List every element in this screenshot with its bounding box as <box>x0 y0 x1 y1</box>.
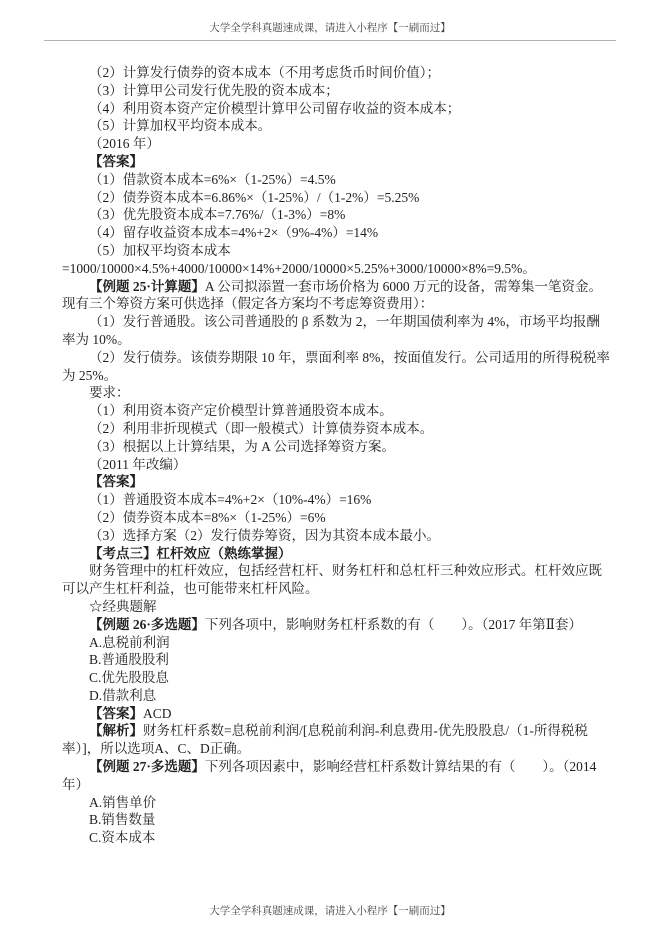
doc-line-text: （4）留存收益资本成本=4%+2×（9%-4%）=14% <box>89 225 378 240</box>
doc-line: ☆经典题解 <box>62 598 610 616</box>
header-rule <box>44 40 616 41</box>
doc-line-text: B.销售数量 <box>89 812 155 827</box>
doc-line: （4）留存收益资本成本=4%+2×（9%-4%）=14% <box>62 224 610 242</box>
doc-line-text: （1）利用资本资产定价模型计算普通股资本成本。 <box>89 403 393 418</box>
doc-line: （5）加权平均资本成本 <box>62 242 610 260</box>
doc-line: A.销售单价 <box>62 794 610 812</box>
doc-line: （3）优先股资本成本=7.76%/（1-3%）=8% <box>62 206 610 224</box>
doc-line: 【考点三】杠杆效应（熟练掌握） <box>62 545 610 563</box>
doc-line: （3）选择方案（2）发行债券筹资，因为其资本成本最小。 <box>62 527 610 545</box>
doc-line-text: 为 25%。 <box>62 368 117 383</box>
doc-line: （3）根据以上计算结果，为 A 公司选择筹资方案。 <box>62 438 610 456</box>
doc-line: （2016 年） <box>62 135 610 153</box>
doc-line-text: （2）利用非折现模式（即一般模式）计算债券资本成本。 <box>89 421 433 436</box>
doc-line-text: A.销售单价 <box>89 795 156 810</box>
header-note: 大学全学科真题速成课，请进入小程序【一刷而过】 <box>0 20 660 35</box>
document-page: 大学全学科真题速成课，请进入小程序【一刷而过】 （2）计算发行债券的资本成本（不… <box>0 0 660 934</box>
doc-line-text: 财务管理中的杠杆效应，包括经营杠杆、财务杠杆和总杠杆三种效应形式。杠杆效应既 <box>89 563 602 578</box>
doc-line: （1）借款资本成本=6%×（1-25%）=4.5% <box>62 171 610 189</box>
doc-line: （3）计算甲公司发行优先股的资本成本； <box>62 82 610 100</box>
doc-line-text: （2）计算发行债券的资本成本（不用考虑货币时间价值）； <box>89 65 440 80</box>
doc-line: B.普通股股利 <box>62 651 610 669</box>
doc-line: 【答案】 <box>62 153 610 171</box>
doc-line: A.息税前利润 <box>62 634 610 652</box>
doc-line-text: 现有三个筹资方案可供选择（假定各方案均不考虑筹资费用）： <box>62 296 433 311</box>
doc-line-label: 【例题 25·计算题】 <box>89 279 205 294</box>
doc-line-text: 下列各项中，影响财务杠杆系数的有（ ）。（2017 年第Ⅱ套） <box>205 617 582 632</box>
doc-line: （2011 年改编） <box>62 456 610 474</box>
doc-line-text: 下列各项因素中，影响经营杠杆系数计算结果的有（ ）。（2014 <box>205 759 597 774</box>
doc-line: B.销售数量 <box>62 811 610 829</box>
doc-line-label: 【解析】 <box>89 723 143 738</box>
doc-line-text: （1）发行普通股。该公司普通股的 β 系数为 2，一年期国债利率为 4%，市场平… <box>89 314 600 329</box>
doc-line: 【解析】财务杠杆系数=息税前利润/[息税前利润-利息费用-优先股股息/（1-所得… <box>62 722 610 740</box>
doc-line: C.资本成本 <box>62 829 610 847</box>
doc-line: 【答案】ACD <box>62 705 610 723</box>
doc-line: D.借款利息 <box>62 687 610 705</box>
doc-line: 【例题 27·多选题】下列各项因素中，影响经营杠杆系数计算结果的有（ ）。（20… <box>62 758 610 776</box>
doc-line-text: 要求： <box>89 385 130 400</box>
doc-line: 现有三个筹资方案可供选择（假定各方案均不考虑筹资费用）： <box>62 295 610 313</box>
doc-line-text: （3）选择方案（2）发行债券筹资，因为其资本成本最小。 <box>89 528 440 543</box>
doc-line-label: 【答案】 <box>89 706 143 721</box>
doc-line: 年） <box>62 776 610 794</box>
doc-line: （2）利用非折现模式（即一般模式）计算债券资本成本。 <box>62 420 610 438</box>
doc-line-label: 【答案】 <box>89 154 143 169</box>
doc-line: （1）发行普通股。该公司普通股的 β 系数为 2，一年期国债利率为 4%，市场平… <box>62 313 610 331</box>
doc-line: C.优先股股息 <box>62 669 610 687</box>
doc-line: 为 25%。 <box>62 367 610 385</box>
doc-line: 财务管理中的杠杆效应，包括经营杠杆、财务杠杆和总杠杆三种效应形式。杠杆效应既 <box>62 562 610 580</box>
doc-line-text: （2）债券资本成本=6.86%×（1-25%）/（1-2%）=5.25% <box>89 190 419 205</box>
doc-line-text: （3）计算甲公司发行优先股的资本成本； <box>89 83 339 98</box>
doc-line-text: 率为 10%。 <box>62 332 131 347</box>
doc-line: 要求： <box>62 384 610 402</box>
doc-line: （2）债券资本成本=6.86%×（1-25%）/（1-2%）=5.25% <box>62 189 610 207</box>
doc-line: =1000/10000×4.5%+4000/10000×14%+2000/100… <box>62 260 610 278</box>
doc-line-text: B.普通股股利 <box>89 652 169 667</box>
doc-line-text: C.资本成本 <box>89 830 155 845</box>
doc-line: 可以产生杠杆利益，也可能带来杠杆风险。 <box>62 580 610 598</box>
doc-line-text: （2011 年改编） <box>89 457 186 472</box>
doc-line-text: 率）]，所以选项A、C、D正确。 <box>62 741 250 756</box>
doc-line: 率为 10%。 <box>62 331 610 349</box>
doc-line-text: ☆经典题解 <box>89 599 157 614</box>
doc-line: （4）利用资本资产定价模型计算甲公司留存收益的资本成本； <box>62 100 610 118</box>
doc-line-label: 【例题 26·多选题】 <box>89 617 205 632</box>
doc-line-label: 【考点三】杠杆效应（熟练掌握） <box>89 546 292 561</box>
doc-line-text: C.优先股股息 <box>89 670 169 685</box>
document-body: （2）计算发行债券的资本成本（不用考虑货币时间价值）；（3）计算甲公司发行优先股… <box>62 64 610 847</box>
doc-line: （2）发行债券。该债券期限 10 年，票面利率 8%，按面值发行。公司适用的所得… <box>62 349 610 367</box>
doc-line-text: （3）根据以上计算结果，为 A 公司选择筹资方案。 <box>89 439 395 454</box>
footer-note: 大学全学科真题速成课，请进入小程序【一刷而过】 <box>0 903 660 918</box>
doc-line: （2）债券资本成本=8%×（1-25%）=6% <box>62 509 610 527</box>
doc-line: （2）计算发行债券的资本成本（不用考虑货币时间价值）； <box>62 64 610 82</box>
doc-line-text: （2）债券资本成本=8%×（1-25%）=6% <box>89 510 326 525</box>
doc-line-text: （3）优先股资本成本=7.76%/（1-3%）=8% <box>89 207 345 222</box>
doc-line: 率）]，所以选项A、C、D正确。 <box>62 740 610 758</box>
doc-line-text: =1000/10000×4.5%+4000/10000×14%+2000/100… <box>62 261 536 276</box>
doc-line: 【例题 25·计算题】A 公司拟添置一套市场价格为 6000 万元的设备，需筹集… <box>62 278 610 296</box>
doc-line-label: 【例题 27·多选题】 <box>89 759 205 774</box>
doc-line: 【例题 26·多选题】下列各项中，影响财务杠杆系数的有（ ）。（2017 年第Ⅱ… <box>62 616 610 634</box>
doc-line-text: D.借款利息 <box>89 688 156 703</box>
doc-line-text: （1）普通股资本成本=4%+2×（10%-4%）=16% <box>89 492 371 507</box>
doc-line-text: 年） <box>62 777 89 792</box>
doc-line-text: （2016 年） <box>89 136 160 151</box>
doc-line-text: ACD <box>143 706 172 721</box>
doc-line-text: 财务杠杆系数=息税前利润/[息税前利润-利息费用-优先股股息/（1-所得税税 <box>143 723 588 738</box>
doc-line-text: A 公司拟添置一套市场价格为 6000 万元的设备，需筹集一笔资金。 <box>205 279 602 294</box>
doc-line: （5）计算加权平均资本成本。 <box>62 117 610 135</box>
doc-line-text: （5）加权平均资本成本 <box>89 243 231 258</box>
doc-line-label: 【答案】 <box>89 474 143 489</box>
doc-line-text: （4）利用资本资产定价模型计算甲公司留存收益的资本成本； <box>89 101 460 116</box>
doc-line-text: 可以产生杠杆利益，也可能带来杠杆风险。 <box>62 581 319 596</box>
doc-line-text: （2）发行债券。该债券期限 10 年，票面利率 8%，按面值发行。公司适用的所得… <box>89 350 610 365</box>
doc-line-text: A.息税前利润 <box>89 635 170 650</box>
doc-line: （1）普通股资本成本=4%+2×（10%-4%）=16% <box>62 491 610 509</box>
doc-line: （1）利用资本资产定价模型计算普通股资本成本。 <box>62 402 610 420</box>
doc-line-text: （1）借款资本成本=6%×（1-25%）=4.5% <box>89 172 336 187</box>
doc-line: 【答案】 <box>62 473 610 491</box>
doc-line-text: （5）计算加权平均资本成本。 <box>89 118 271 133</box>
